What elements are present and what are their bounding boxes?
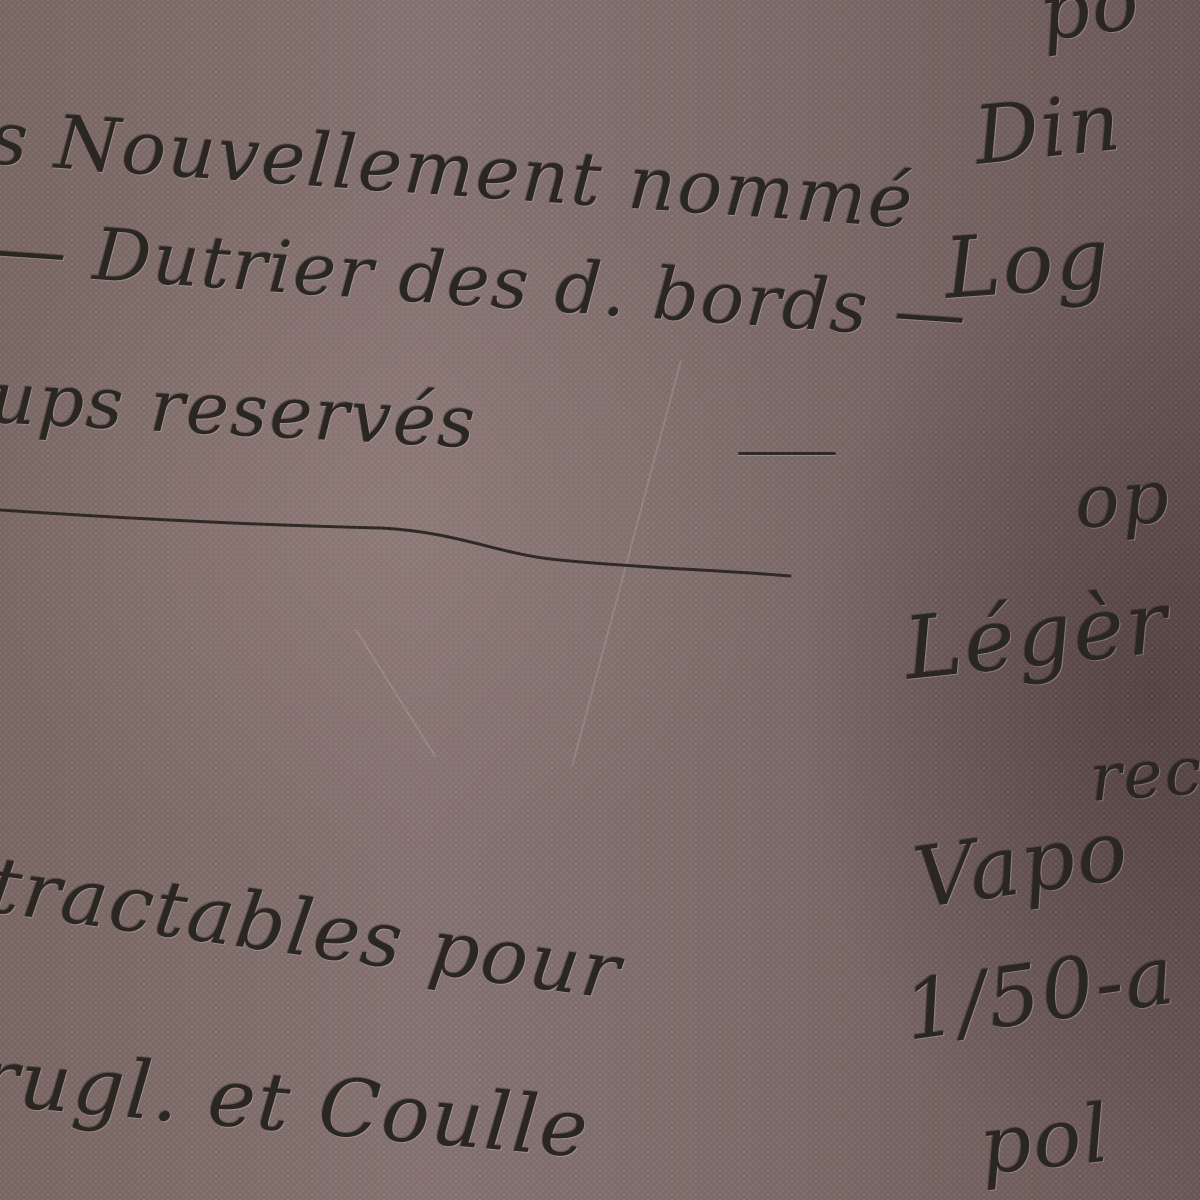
script-fragment-4: op [1072,453,1174,545]
script-fragment-2: Din [970,75,1126,183]
script-fragment-3: Log [942,209,1115,318]
horizontal-rule [0,490,800,590]
script-fragment-9: pol [975,1087,1115,1193]
dash-mark [738,452,836,455]
